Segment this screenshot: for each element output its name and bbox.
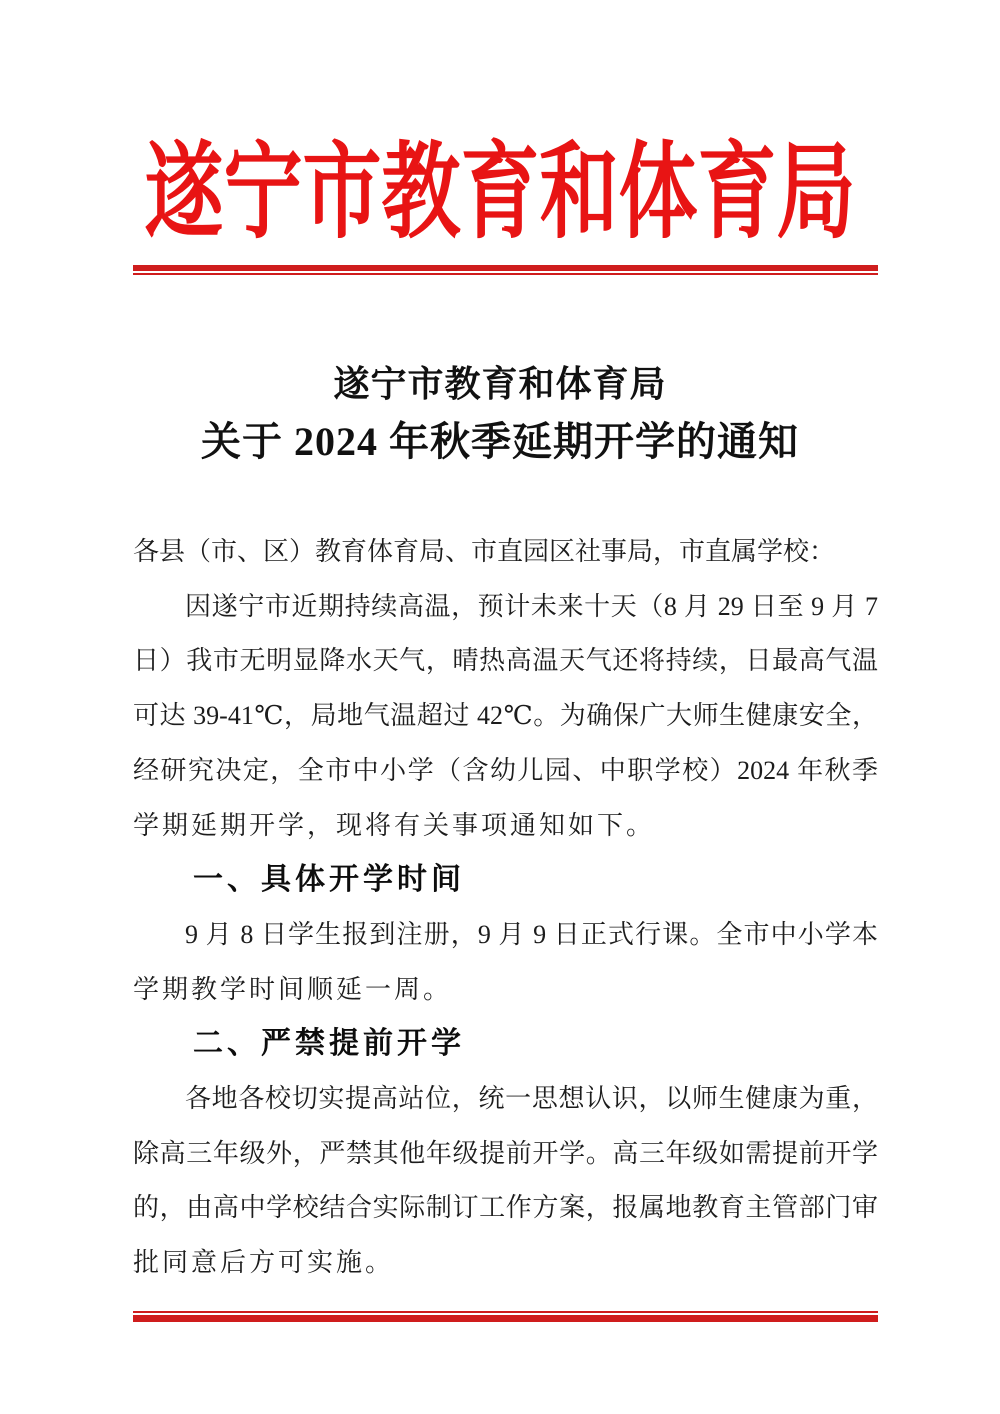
letterhead-rule-thick [133,265,878,271]
salutation-line: 各县（市、区）教育体育局、市直园区社事局，市直属学校： [133,525,878,580]
document-title: 遂宁市教育和体育局 关于 2024 年秋季延期开学的通知 [0,355,1000,471]
document-page: 遂宁市教育和体育局 遂宁市教育和体育局 关于 2024 年秋季延期开学的通知 各… [0,0,1000,1414]
body-line: 9 月 8 日学生报到注册，9 月 9 日正式行课。全市中小学本 [133,908,878,963]
section-heading-1: 一、具体开学时间 [133,853,878,908]
body-line: 经研究决定，全市中小学（含幼儿园、中职学校）2024 年秋季 [133,744,878,799]
body-line: 批同意后方可实施。 [133,1236,878,1291]
footer-rule-thick [133,1315,878,1322]
document-body: 各县（市、区）教育体育局、市直园区社事局，市直属学校： 因遂宁市近期持续高温，预… [133,525,878,1291]
body-line: 各地各校切实提高站位，统一思想认识，以师生健康为重， [133,1072,878,1127]
letterhead-double-rule [133,265,878,275]
section-heading-2: 二、严禁提前开学 [133,1017,878,1072]
body-line: 的，由高中学校结合实际制订工作方案，报属地教育主管部门审 [133,1181,878,1236]
body-line: 除高三年级外，严禁其他年级提前开学。高三年级如需提前开学 [133,1127,878,1182]
document-title-org: 遂宁市教育和体育局 [0,355,1000,413]
body-line: 因遂宁市近期持续高温，预计未来十天（8 月 29 日至 9 月 7 [133,580,878,635]
letterhead-org-name: 遂宁市教育和体育局 [0,116,1000,274]
footer-rule-thin [133,1311,878,1313]
body-line: 学期教学时间顺延一周。 [133,963,878,1018]
document-title-subject: 关于 2024 年秋季延期开学的通知 [0,413,1000,471]
body-line: 可达 39-41℃，局地气温超过 42℃。为确保广大师生健康安全， [133,689,878,744]
body-line: 学期延期开学，现将有关事项通知如下。 [133,799,878,854]
body-line: 日）我市无明显降水天气，晴热高温天气还将持续，日最高气温 [133,634,878,689]
footer-double-rule [133,1311,878,1322]
letterhead-rule-thin [133,273,878,275]
